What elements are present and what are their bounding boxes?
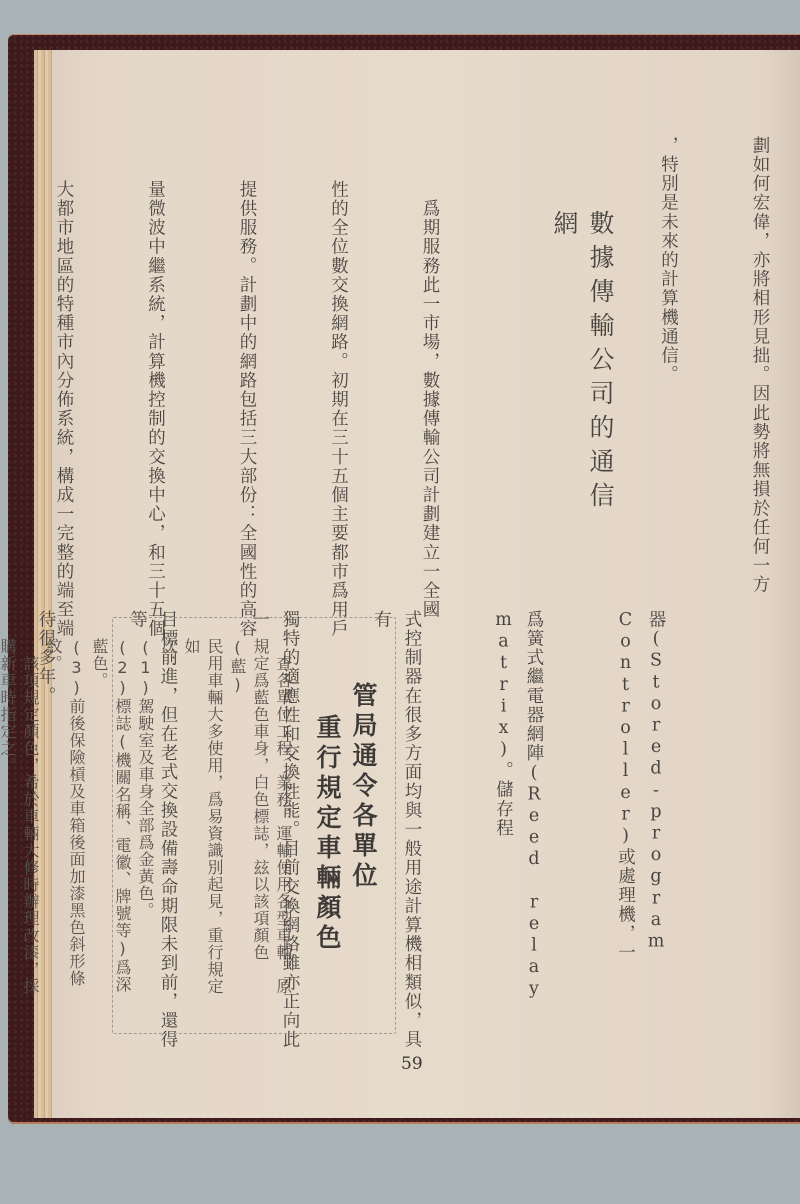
text-column: 提供服務。計劃中的網路包括三大部份：全國性的高容 — [232, 180, 263, 650]
notice-body: 查各單位工程、業務、運輸使用各型車輛，原 規定爲藍色車身，白色標誌，玆以該項顏色… — [127, 638, 295, 998]
notice-column: (2)標誌(機關名稱、電徽、牌號等)爲深藍色。 — [88, 638, 134, 998]
notice-column: 次： — [157, 638, 180, 998]
section-body-top: 爲期服務此一市場，數據傳輸公司計劃建立一全國 性的全位數交換網路。初期在三十五個… — [116, 180, 506, 650]
notice-column: 查各單位工程、業務、運輸使用各型車輛，原 — [272, 638, 295, 998]
text-column: 爲簧式繼電器網陣(Reed relay matrix)。儲存程 — [488, 610, 549, 1065]
notice-column: 購新車時指定之。 — [0, 638, 19, 998]
text-column: 量微波中繼系統，計算機控制的交換中心，和三十五個 — [140, 180, 171, 650]
notice-column: (3)前後保險槓及車箱後面加漆黑色斜形條紋。 — [42, 638, 88, 998]
text-column: 大都市地區的特種市內分佈系統，構成一完整的端至端 — [49, 180, 80, 650]
notice-column: 該項規定顏色，希於車輛大修時辦理改漆，採 — [19, 638, 42, 998]
text-column: 性的全位數交換網路。初期在三十五個主要都市爲用戶 — [323, 180, 354, 650]
text-column: 器(Stored-program Controller)或處理機，一 — [610, 610, 671, 1065]
notice-column: 民用車輛大多使用，爲易資識別起見，重行規定如 — [180, 638, 226, 998]
notice-column: (1)駕駛室及車身全部爲金黃色。 — [134, 638, 157, 998]
notice-column: 規定爲藍色車身，白色標誌，玆以該項顏色(藍) — [226, 638, 272, 998]
page-number: 59 — [401, 1054, 423, 1074]
notice-box: 管局通令各單位 重行規定車輛顏色 查各單位工程、業務、運輸使用各型車輛，原 規定… — [112, 617, 396, 1034]
text-column: ，特別是未來的計算機通信。 — [653, 136, 684, 656]
notice-title-line2: 重行規定車輛顏色 — [309, 714, 345, 974]
text-column: 爲期服務此一市場，數據傳輸公司計劃建立一全國 — [415, 180, 446, 650]
section-title: 數據傳輸公司的通信網 — [546, 210, 618, 540]
text-column: 劃如何宏偉，亦將相形見拙。因此勢將無損於任何一方 — [745, 136, 776, 656]
section-body-bottom: 器(Stored-program Controller)或處理機，一 爲簧式繼電… — [402, 610, 732, 1065]
article-continued: 信的意圖。雙方都在設法避免揹上「乳中取酪」的罪名 。梅氏並認爲電話通信的業務量既… — [592, 136, 800, 656]
notice-title-line1: 管局通令各單位 — [345, 682, 381, 902]
